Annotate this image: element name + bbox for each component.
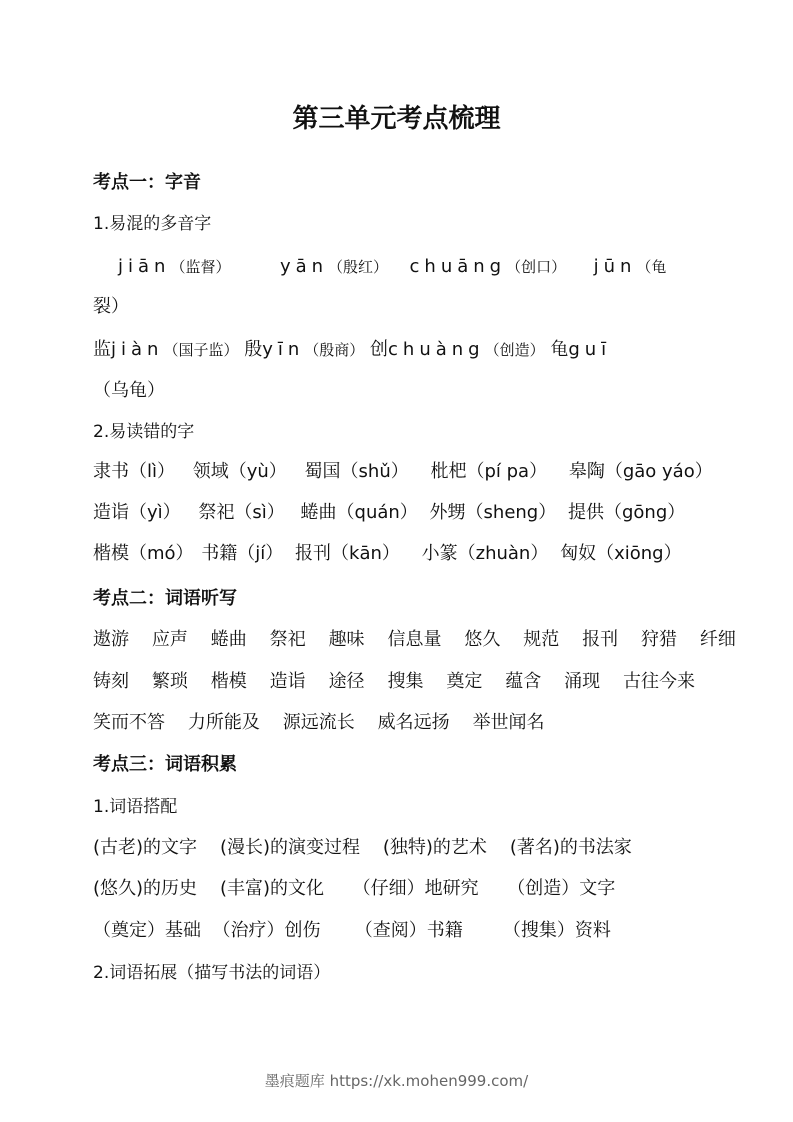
polyphonic-row-2: 监jiàn（国子监） 殷yīn（殷商） 创chuàng（创造） 龟guī	[93, 337, 611, 363]
subheading-polyphonic: 1.易混的多音字	[93, 211, 211, 237]
collocation-row-2: (悠久)的历史 (丰富)的文化 （仔细）地研究 （创造）文字	[93, 876, 615, 902]
subheading-extension: 2.词语拓展（描写书法的词语）	[93, 960, 330, 986]
collocation-row-3: （奠定）基础 （治疗）创伤 （查阅）书籍 （搜集）资料	[93, 918, 611, 944]
document-page: 第三单元考点梳理 考点一：字音 1.易混的多音字 jiān（监督） yān（殷红…	[0, 0, 793, 1122]
polyphonic-row-2-cont: （乌龟）	[93, 378, 165, 404]
subheading-collocation: 1.词语搭配	[93, 794, 177, 820]
section-heading-3: 考点三：词语积累	[93, 752, 237, 778]
page-title: 第三单元考点梳理	[0, 98, 793, 135]
polyphonic-row-1: jiān（监督） yān（殷红） chuāng（创口） jūn（龟	[118, 254, 666, 280]
footer-watermark: 墨痕题库 https://xk.mohen999.com/	[0, 1070, 793, 1091]
section-heading-2: 考点二：词语听写	[93, 586, 237, 612]
misread-row-2: 造诣（yì） 祭祀（sì） 蜷曲（quán） 外甥（sheng） 提供（gōng…	[93, 500, 685, 526]
misread-row-1: 隶书（lì） 领域（yù） 蜀国（shǔ） 枇杷（pí pa） 皋陶（gāo y…	[93, 459, 713, 485]
collocation-row-1: (古老)的文字 (漫长)的演变过程 (独特)的艺术 (著名)的书法家	[93, 835, 632, 861]
misread-row-3: 楷模（mó） 书籍（jí） 报刊（kān） 小篆（zhuàn） 匈奴（xiōng…	[93, 541, 682, 567]
section-heading-1: 考点一：字音	[93, 170, 201, 196]
polyphonic-row-1-cont: 裂）	[93, 294, 129, 320]
subheading-misread: 2.易读错的字	[93, 419, 194, 445]
dictation-row-2: 铸刻 繁琐 楷模 造诣 途径 搜集 奠定 蕴含 涌现 古往今来	[93, 669, 695, 695]
dictation-row-1: 遨游 应声 蜷曲 祭祀 趣味 信息量 悠久 规范 报刊 狩猎 纤细	[93, 627, 736, 653]
dictation-row-3: 笑而不答 力所能及 源远流长 威名远扬 举世闻名	[93, 710, 545, 736]
